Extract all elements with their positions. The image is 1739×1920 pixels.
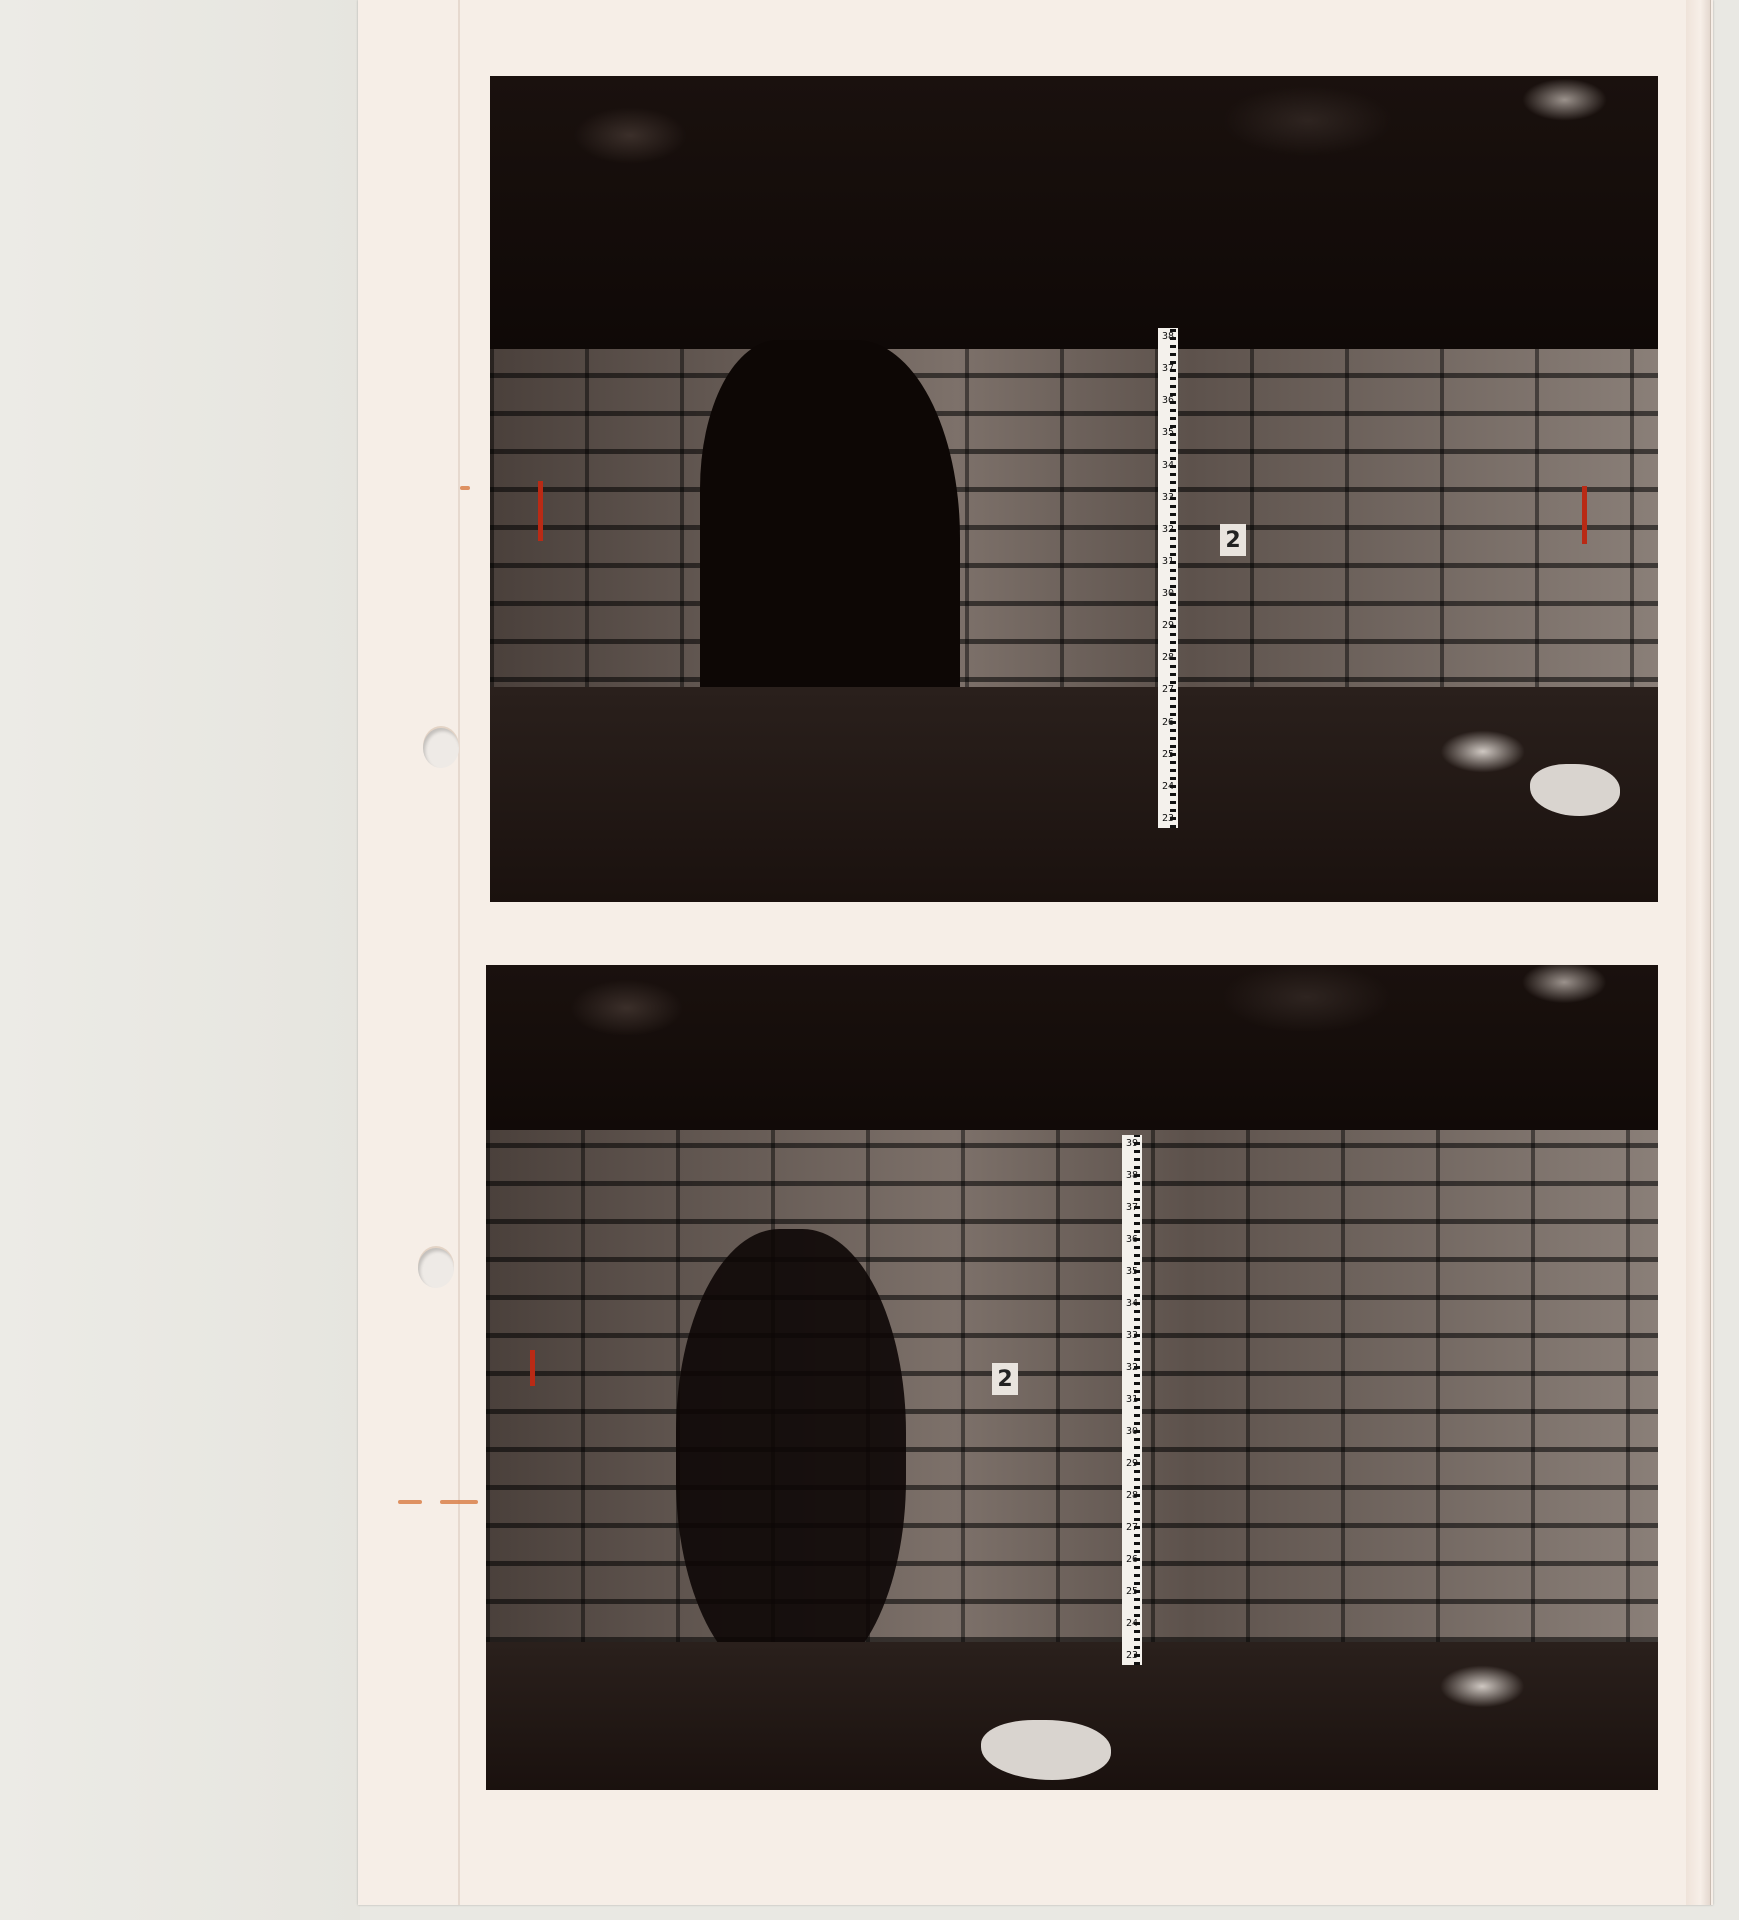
rust-mark xyxy=(398,1500,422,1504)
page-right-edge xyxy=(1686,0,1711,1905)
rod-tick-label: 38 xyxy=(1162,332,1174,342)
rod-tick-label: 34 xyxy=(1162,461,1174,471)
rod-tick-label: 33 xyxy=(1126,1331,1138,1341)
stone-wall xyxy=(490,349,1658,721)
binder-hole-top xyxy=(423,728,459,768)
rod-tick-label: 37 xyxy=(1162,364,1174,374)
rod-tick-label: 23 xyxy=(1126,1651,1138,1661)
rod-tick-label: 32 xyxy=(1126,1363,1138,1373)
rod-tick-label: 36 xyxy=(1126,1235,1138,1245)
rod-tick-label: 30 xyxy=(1126,1427,1138,1437)
page-fold-line xyxy=(458,0,460,1905)
rod-tick-label: 27 xyxy=(1126,1523,1138,1533)
rust-mark xyxy=(440,1500,478,1504)
feature-marker-card: 2 xyxy=(992,1363,1018,1395)
rod-tick-label: 36 xyxy=(1162,396,1174,406)
shrub xyxy=(676,1229,906,1683)
rod-tick-label: 26 xyxy=(1126,1555,1138,1565)
rod-tick-label: 31 xyxy=(1162,557,1174,567)
rod-tick-label: 25 xyxy=(1162,750,1174,760)
red-stake xyxy=(538,481,543,541)
rod-tick-label: 28 xyxy=(1162,653,1174,663)
rod-tick-label: 25 xyxy=(1126,1587,1138,1597)
photo-bottom: 3938373635343332313029282726252423 2 xyxy=(486,965,1658,1790)
binder-hole-bottom xyxy=(418,1248,454,1288)
rod-tick-label: 29 xyxy=(1126,1459,1138,1469)
rod-tick-label: 26 xyxy=(1162,718,1174,728)
rod-tick-label: 32 xyxy=(1162,525,1174,535)
red-stake xyxy=(1582,486,1587,544)
rod-tick-label: 30 xyxy=(1162,589,1174,599)
rod-tick-label: 35 xyxy=(1126,1267,1138,1277)
rod-tick-label: 39 xyxy=(1126,1139,1138,1149)
feature-marker-card: 2 xyxy=(1220,524,1246,556)
red-stake xyxy=(530,1350,535,1386)
rod-tick-label: 33 xyxy=(1162,493,1174,503)
survey-rod: 38373635343332313029282726252423 xyxy=(1158,328,1178,828)
stone-wall xyxy=(486,1130,1658,1642)
tree-canopy xyxy=(490,76,1658,373)
foreground-vegetation xyxy=(490,687,1658,902)
rod-tick-label: 28 xyxy=(1126,1491,1138,1501)
rod-tick-label: 24 xyxy=(1126,1619,1138,1629)
photo-top: 38373635343332313029282726252423 2 xyxy=(490,76,1658,902)
rod-tick-label: 38 xyxy=(1126,1171,1138,1181)
rod-tick-label: 29 xyxy=(1162,621,1174,631)
survey-rod: 3938373635343332313029282726252423 xyxy=(1122,1135,1142,1665)
rod-tick-label: 23 xyxy=(1162,814,1174,824)
rod-tick-label: 27 xyxy=(1162,685,1174,695)
rod-tick-label: 31 xyxy=(1126,1395,1138,1405)
rod-tick-label: 37 xyxy=(1126,1203,1138,1213)
rod-tick-label: 35 xyxy=(1162,428,1174,438)
scanner-background xyxy=(0,0,360,1920)
rust-mark xyxy=(460,486,470,490)
rod-tick-label: 34 xyxy=(1126,1299,1138,1309)
rod-tick-label: 24 xyxy=(1162,782,1174,792)
